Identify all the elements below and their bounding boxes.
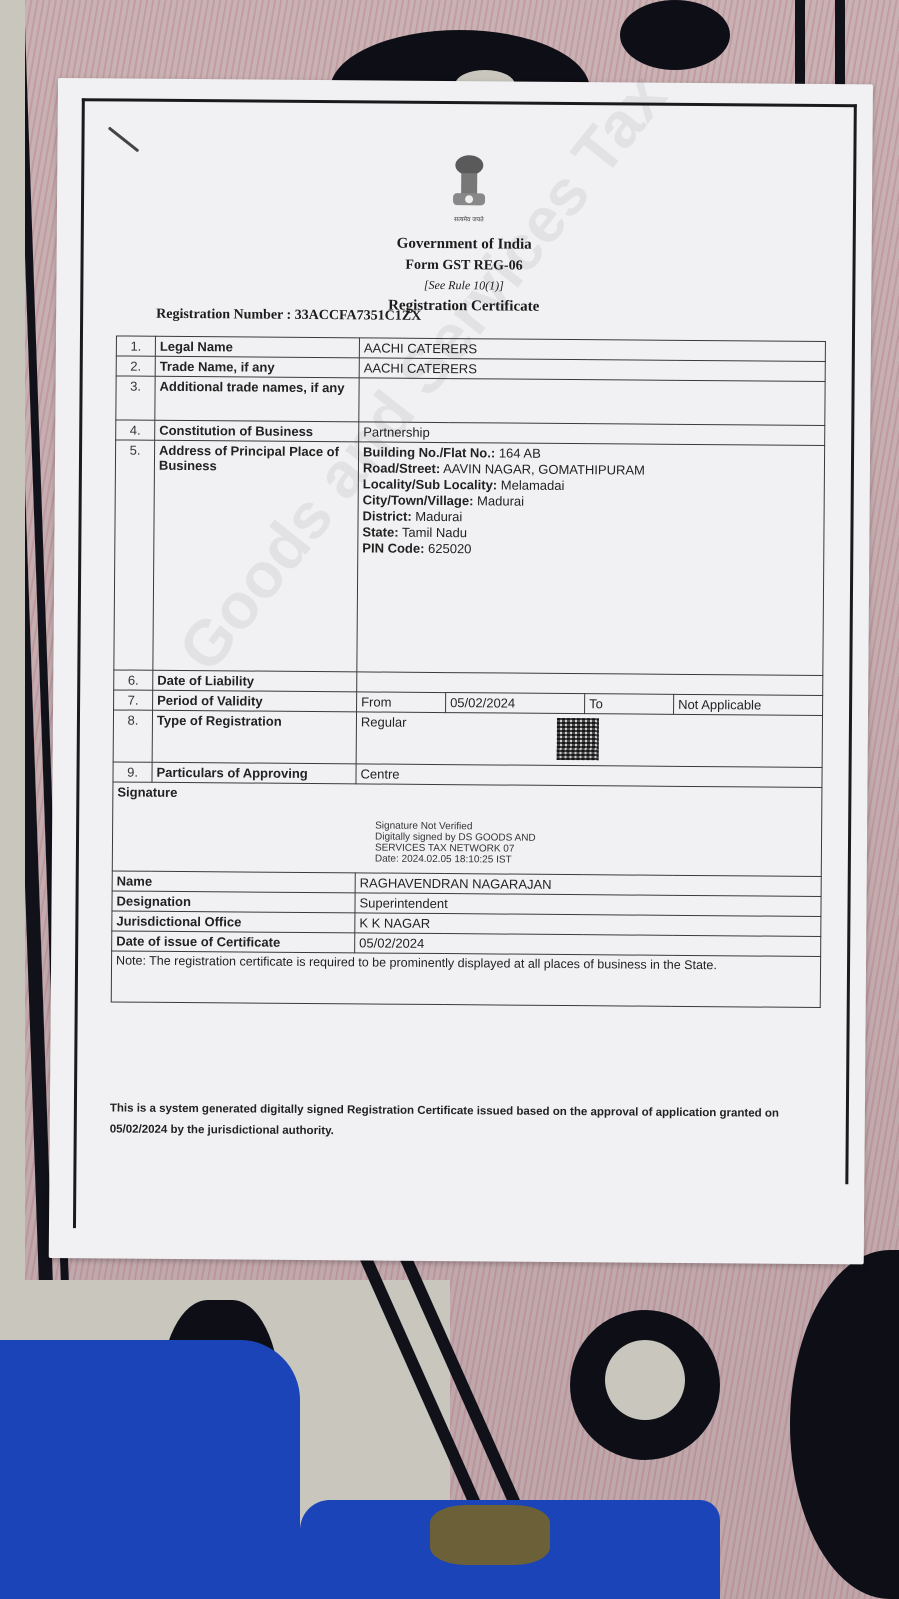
certificate-paper: Goods and Services Tax सत्यमेव जयते Gove… (49, 78, 873, 1264)
officer-name-label: Name (112, 871, 355, 893)
validity-to-value: Not Applicable (674, 694, 823, 715)
ashoka-emblem-icon (447, 153, 491, 213)
registration-number: Registration Number : 33ACCFA7351C1ZX (156, 307, 421, 325)
footer-statement: This is a system generated digitally sig… (110, 1098, 830, 1146)
row-number: 2. (116, 356, 155, 376)
note-row: Note: The registration certificate is re… (111, 951, 820, 1008)
signature-row: Signature Signature Not Verified Digital… (112, 782, 822, 877)
table-row: 3. Additional trade names, if any (116, 376, 825, 426)
row-number: 1. (116, 336, 155, 356)
signature-cell: Signature Signature Not Verified Digital… (112, 782, 822, 877)
digital-signature[interactable]: Signature Not Verified Digitally signed … (375, 821, 536, 866)
row-number: 3. (116, 376, 155, 420)
jurisdictional-office-label: Jurisdictional Office (112, 911, 355, 933)
row-number: 4. (116, 420, 155, 440)
row-number: 6. (114, 670, 153, 690)
issue-date-label: Date of issue of Certificate (112, 931, 355, 953)
address-pin: PIN Code: 625020 (362, 540, 819, 560)
registration-number-value: 33ACCFA7351C1ZX (295, 308, 422, 324)
validity-from-value: 05/02/2024 (446, 693, 585, 714)
display-note: Note: The registration certificate is re… (111, 951, 820, 1008)
approving-authority-label: Particulars of Approving (152, 762, 356, 784)
fabric-flower (605, 1340, 685, 1420)
constitution-label: Constitution of Business (155, 420, 359, 442)
blue-cloth (0, 1340, 300, 1599)
additional-trade-names-value (359, 378, 825, 426)
row-number: 7. (114, 690, 153, 710)
validity-label: Period of Validity (153, 690, 357, 712)
fabric-pattern (790, 1250, 899, 1599)
validity-from-label: From (357, 692, 446, 713)
row-number: 9. (113, 762, 152, 782)
certificate-table: 1. Legal Name AACHI CATERERS 2. Trade Na… (111, 335, 826, 1008)
table-row: 8. Type of Registration Regular (113, 710, 822, 768)
row-number: 8. (113, 710, 152, 762)
national-emblem: सत्यमेव जयते (447, 153, 492, 223)
registration-type-cell: Regular (356, 712, 822, 768)
trade-name-label: Trade Name, if any (155, 356, 359, 378)
table-row: 5. Address of Principal Place of Busines… (114, 440, 825, 676)
address-label: Address of Principal Place of Business (153, 440, 359, 672)
legal-name-label: Legal Name (155, 336, 359, 358)
emblem-caption: सत्यमेव जयते (447, 215, 491, 223)
designation-label: Designation (112, 891, 355, 913)
date-of-liability-label: Date of Liability (153, 670, 357, 692)
registration-number-label: Registration Number : (156, 307, 291, 323)
hand (430, 1505, 550, 1565)
additional-trade-names-label: Additional trade names, if any (155, 376, 359, 422)
row-number: 5. (114, 440, 155, 670)
registration-type-value: Regular (361, 714, 407, 729)
signature-date: Date: 2024.02.05 18:10:25 IST (375, 854, 536, 866)
registration-type-label: Type of Registration (152, 710, 356, 764)
qr-code[interactable] (557, 718, 599, 760)
address-value: Building No./Flat No.: 164 AB Road/Stree… (357, 442, 825, 676)
fabric-flower (620, 0, 730, 70)
validity-to-label: To (585, 694, 674, 715)
signature-label: Signature (117, 784, 177, 799)
